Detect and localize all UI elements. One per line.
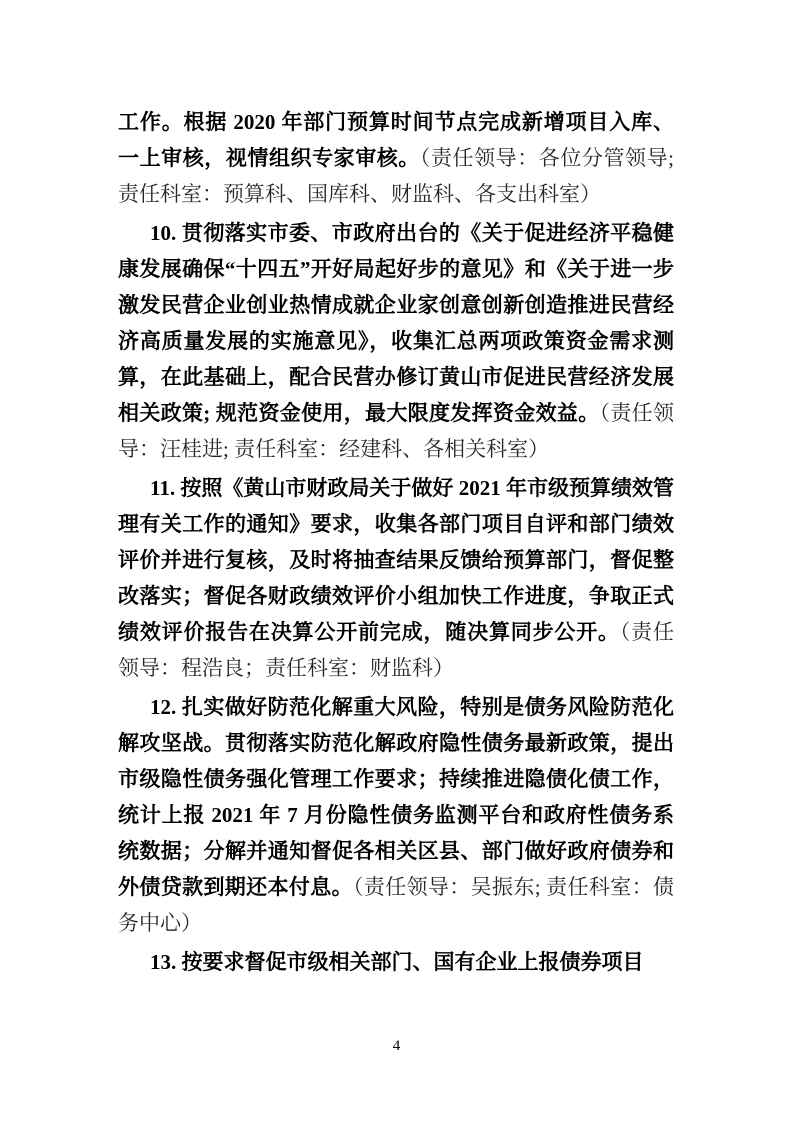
paragraph-body-text: 11. 按照《黄山市财政局关于做好 2021 年市级预算绩效管理有关工作的通知》…	[118, 476, 674, 644]
document-page: 工作。根据 2020 年部门预算时间节点完成新增项目入库、一上审核，视情组织专家…	[0, 0, 793, 1122]
paragraph-item-11: 11. 按照《黄山市财政局关于做好 2021 年市级预算绩效管理有关工作的通知》…	[118, 470, 674, 686]
document-body: 工作。根据 2020 年部门预算时间节点完成新增项目入库、一上审核，视情组织专家…	[118, 104, 674, 983]
page-number: 4	[0, 1036, 793, 1056]
paragraph-item-13: 13. 按要求督促市级相关部门、国有企业上报债券项目	[118, 944, 674, 980]
paragraph-continuation: 工作。根据 2020 年部门预算时间节点完成新增项目入库、一上审核，视情组织专家…	[118, 104, 674, 212]
paragraph-body-text: 13. 按要求督促市级相关部门、国有企业上报债券项目	[150, 950, 644, 974]
paragraph-body-text: 12. 扎实做好防范化解重大风险，特别是债务风险防范化解攻坚战。贯彻落实防范化解…	[118, 695, 674, 899]
paragraph-body-text: 10. 贯彻落实市委、市政府出台的《关于促进经济平稳健康发展确保“十四五”开好局…	[118, 221, 674, 425]
paragraph-item-12: 12. 扎实做好防范化解重大风险，特别是债务风险防范化解攻坚战。贯彻落实防范化解…	[118, 689, 674, 941]
paragraph-item-10: 10. 贯彻落实市委、市政府出台的《关于促进经济平稳健康发展确保“十四五”开好局…	[118, 215, 674, 467]
